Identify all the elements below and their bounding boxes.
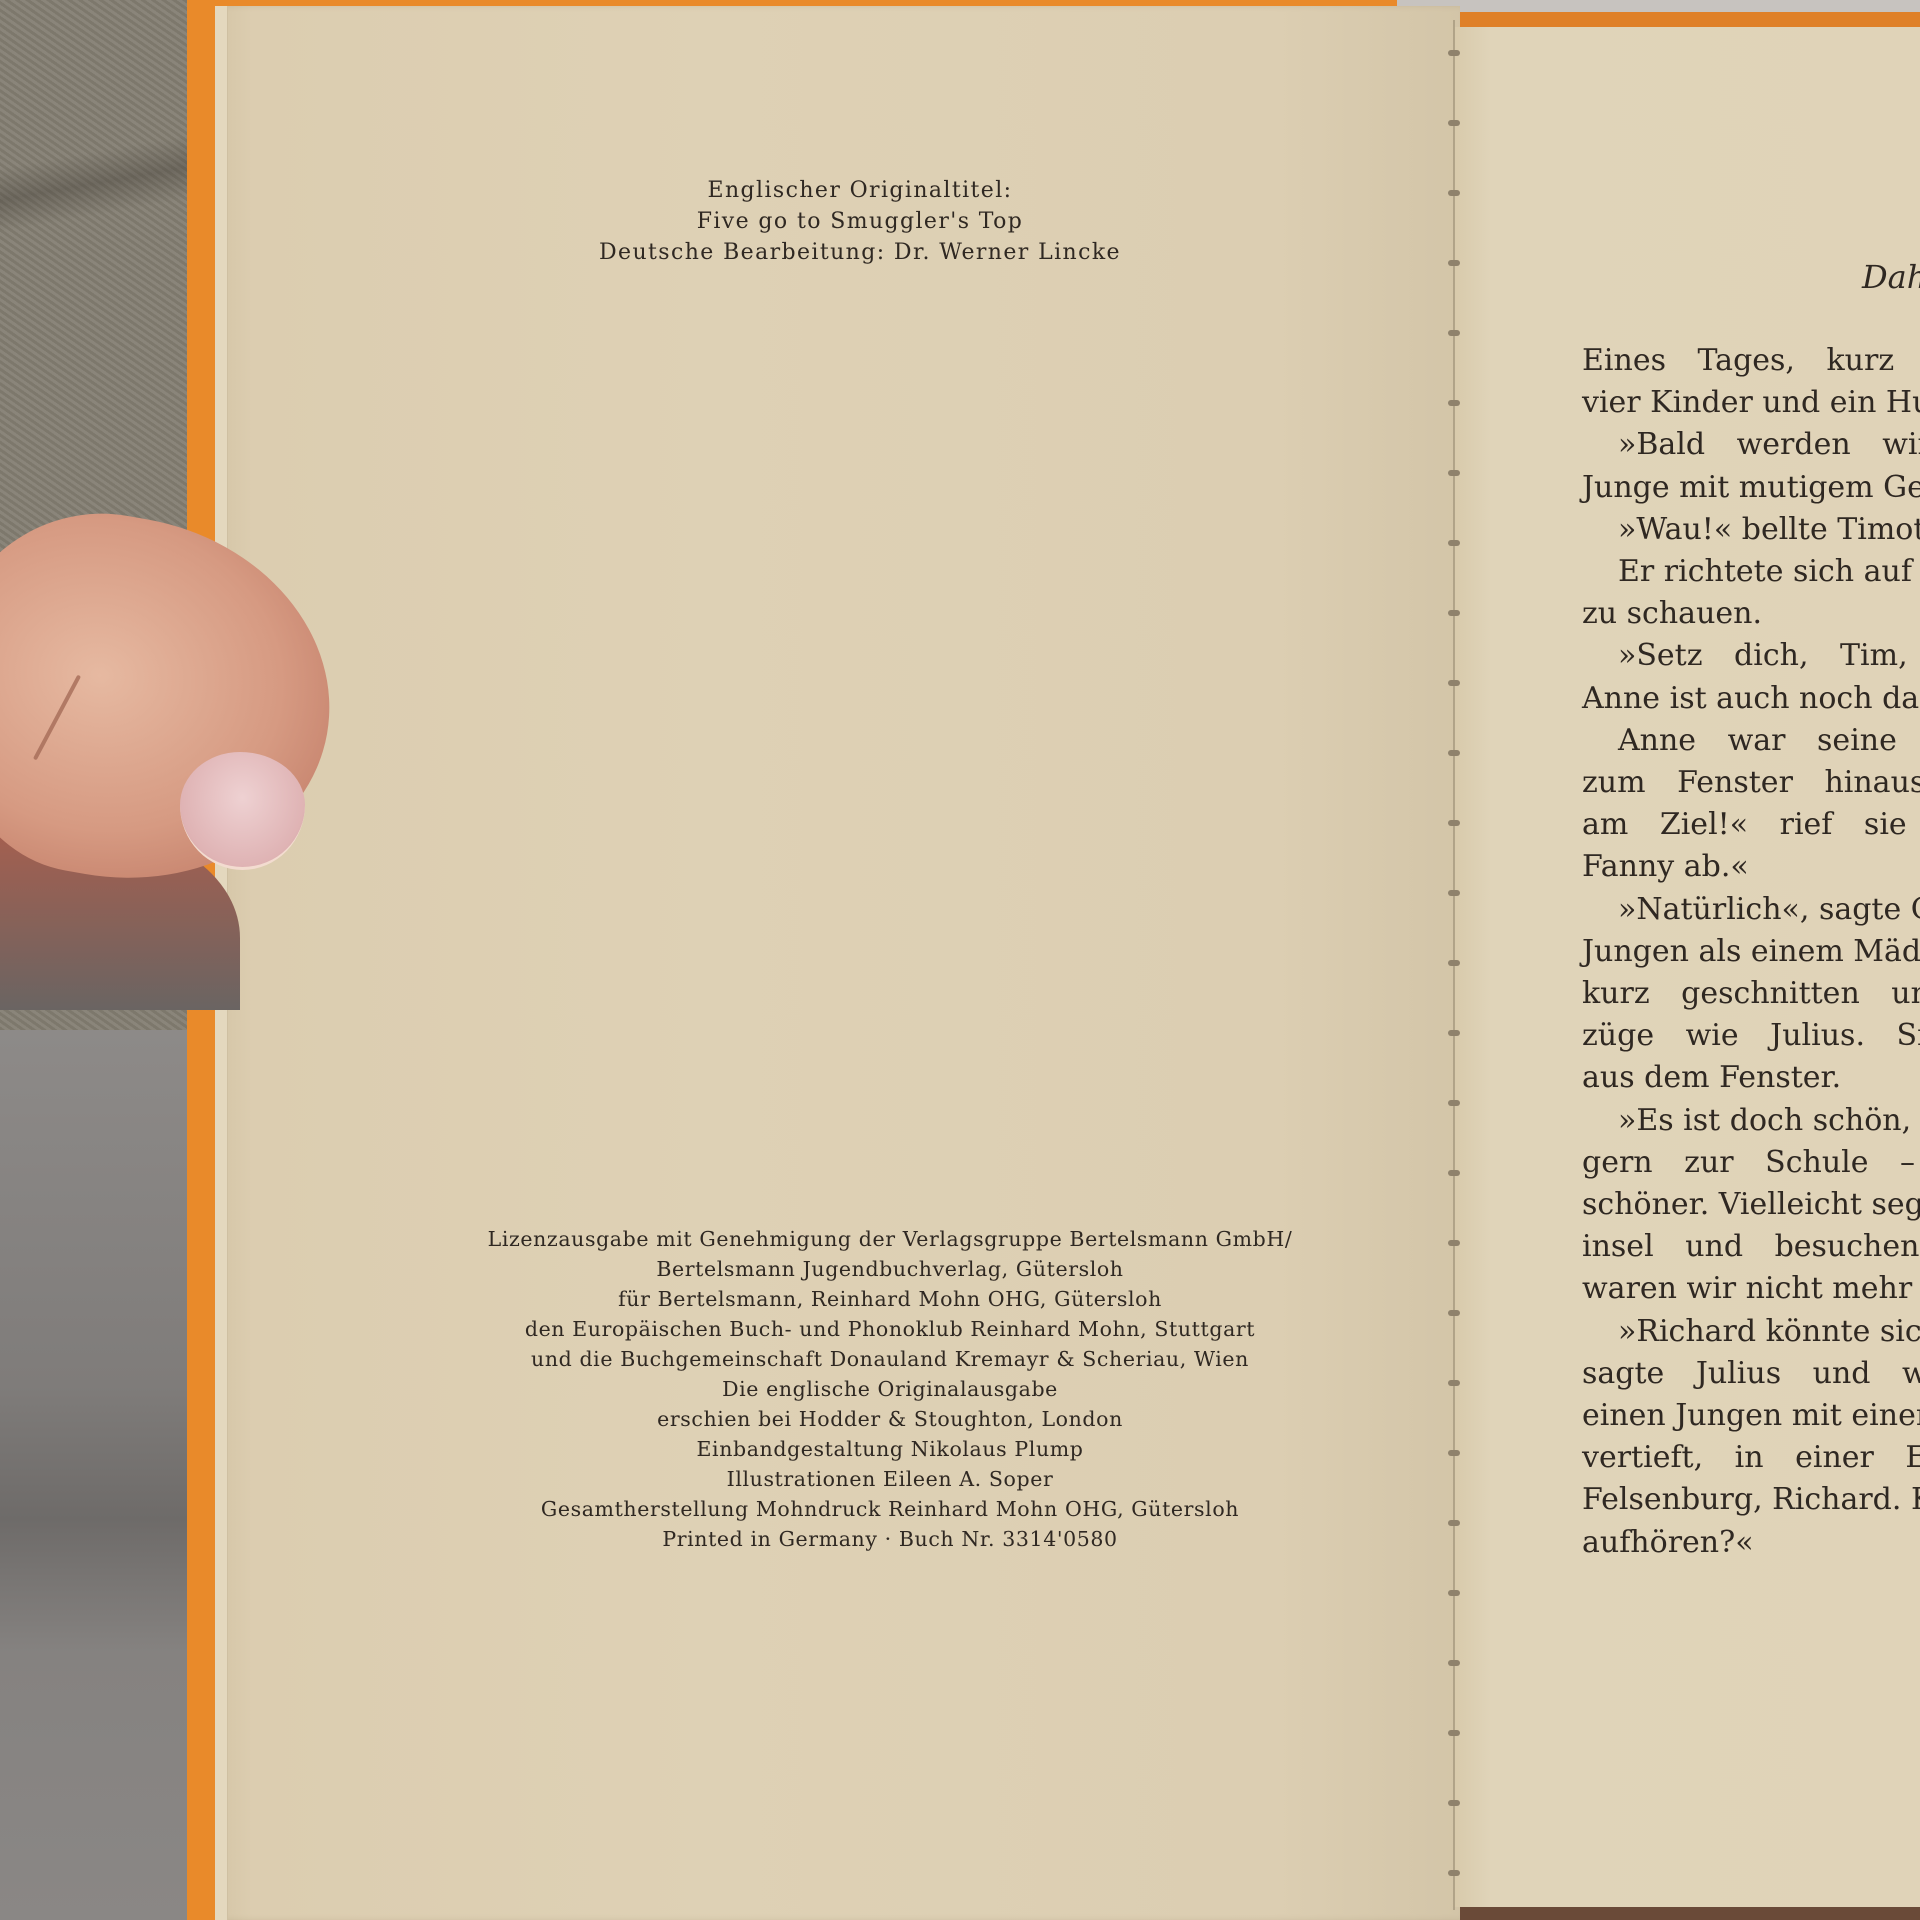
binding-stitch bbox=[1448, 610, 1460, 616]
imprint-line: Bertelsmann Jugendbuchverlag, Gütersloh bbox=[440, 1254, 1340, 1284]
story-line: »Natürlich«, sagte G bbox=[1582, 889, 1920, 931]
imprint-line: Die englische Originalausgabe bbox=[440, 1374, 1340, 1404]
binding-stitch bbox=[1448, 330, 1460, 336]
binding-stitch bbox=[1448, 1660, 1460, 1666]
imprint-block: Lizenzausgabe mit Genehmigung der Verlag… bbox=[440, 1224, 1340, 1554]
story-line: Eines Tages, kurz na bbox=[1582, 340, 1920, 382]
story-line: zum Fenster hinaus. » bbox=[1582, 762, 1920, 804]
story-line: züge wie Julius. Sie s bbox=[1582, 1015, 1920, 1057]
story-line: Fanny ab.« bbox=[1582, 846, 1920, 888]
print-info: Printed in Germany · Buch Nr. 3314'0580 bbox=[440, 1524, 1340, 1554]
binding-stitch bbox=[1448, 1100, 1460, 1106]
imprint-line: Einbandgestaltung Nikolaus Plump bbox=[440, 1434, 1340, 1464]
imprint-line: Gesamtherstellung Mohndruck Reinhard Moh… bbox=[440, 1494, 1340, 1524]
story-line: sagte Julius und wan bbox=[1582, 1353, 1920, 1395]
binding-stitch bbox=[1448, 960, 1460, 966]
binding-stitch bbox=[1448, 1870, 1460, 1876]
story-line: »Bald werden wir bbox=[1582, 424, 1920, 466]
story-line: »Wau!« bellte Timot bbox=[1582, 509, 1920, 551]
story-line: insel und besuchen di bbox=[1582, 1226, 1920, 1268]
story-line: vier Kinder und ein Hu bbox=[1582, 382, 1920, 424]
original-title-block: Englischer Originaltitel: Five go to Smu… bbox=[560, 175, 1160, 268]
binding-stitch bbox=[1448, 1030, 1460, 1036]
binding-stitch bbox=[1448, 1590, 1460, 1596]
story-line: »Setz dich, Tim, ur bbox=[1582, 635, 1920, 677]
story-line: Anne ist auch noch da.« bbox=[1582, 678, 1920, 720]
binding-stitch bbox=[1448, 1730, 1460, 1736]
binding-stitch bbox=[1448, 890, 1460, 896]
binding-stitch bbox=[1448, 260, 1460, 266]
story-line: Er richtete sich auf un bbox=[1582, 551, 1920, 593]
binding-stitch bbox=[1448, 50, 1460, 56]
story-line: »Richard könnte sich bbox=[1582, 1311, 1920, 1353]
binding-stitch bbox=[1448, 120, 1460, 126]
binding-stitch bbox=[1448, 680, 1460, 686]
story-line: zu schauen. bbox=[1582, 593, 1920, 635]
binding-stitch bbox=[1448, 1310, 1460, 1316]
binding-stitch bbox=[1448, 1800, 1460, 1806]
story-line: Felsenburg, Richard. K bbox=[1582, 1479, 1920, 1521]
imprint-line: Lizenzausgabe mit Genehmigung der Verlag… bbox=[440, 1224, 1340, 1254]
story-line: einen Jungen mit einen bbox=[1582, 1395, 1920, 1437]
imprint-line: erschien bei Hodder & Stoughton, London bbox=[440, 1404, 1340, 1434]
original-title: Five go to Smuggler's Top bbox=[560, 206, 1160, 237]
translator-credit: Deutsche Bearbeitung: Dr. Werner Lincke bbox=[560, 237, 1160, 268]
story-line: aus dem Fenster. bbox=[1582, 1057, 1920, 1099]
binding-stitch bbox=[1448, 1170, 1460, 1176]
imprint-line: für Bertelsmann, Reinhard Mohn OHG, Güte… bbox=[440, 1284, 1340, 1314]
story-line: vertieft, in einer Ecke bbox=[1582, 1437, 1920, 1479]
binding-stitch bbox=[1448, 400, 1460, 406]
binding-stitch bbox=[1448, 540, 1460, 546]
story-line: schöner. Vielleicht segel bbox=[1582, 1184, 1920, 1226]
binding-stitch bbox=[1448, 190, 1460, 196]
imprint-line: und die Buchgemeinschaft Donauland Krema… bbox=[440, 1344, 1340, 1374]
imprint-line: den Europäischen Buch- und Phonoklub Rei… bbox=[440, 1314, 1340, 1344]
imprint-line: Illustrationen Eileen A. Soper bbox=[440, 1464, 1340, 1494]
original-title-label: Englischer Originaltitel: bbox=[560, 175, 1160, 206]
story-line: »Es ist doch schön, bbox=[1582, 1100, 1920, 1142]
binding-stitch bbox=[1448, 1450, 1460, 1456]
binding-stitch bbox=[1448, 1240, 1460, 1246]
binding-stitch bbox=[1448, 750, 1460, 756]
story-line: Junge mit mutigem Ges bbox=[1582, 467, 1920, 509]
book-gutter-stitching bbox=[1446, 20, 1462, 1910]
story-line: Anne war seine klei bbox=[1582, 720, 1920, 762]
binding-stitch bbox=[1448, 1380, 1460, 1386]
story-line: Jungen als einem Mäde bbox=[1582, 931, 1920, 973]
left-page bbox=[215, 6, 1460, 1920]
story-text: Eines Tages, kurz navier Kinder und ein … bbox=[1582, 340, 1920, 1564]
binding-stitch bbox=[1448, 820, 1460, 826]
chapter-title: Dah bbox=[1862, 258, 1920, 296]
story-line: am Ziel!« rief sie auf bbox=[1582, 804, 1920, 846]
binding-stitch bbox=[1448, 1520, 1460, 1526]
story-line: aufhören?« bbox=[1582, 1522, 1920, 1564]
story-line: kurz geschnitten und bbox=[1582, 973, 1920, 1015]
story-line: gern zur Schule – abe bbox=[1582, 1142, 1920, 1184]
story-line: waren wir nicht mehr d bbox=[1582, 1268, 1920, 1310]
binding-stitch bbox=[1448, 470, 1460, 476]
